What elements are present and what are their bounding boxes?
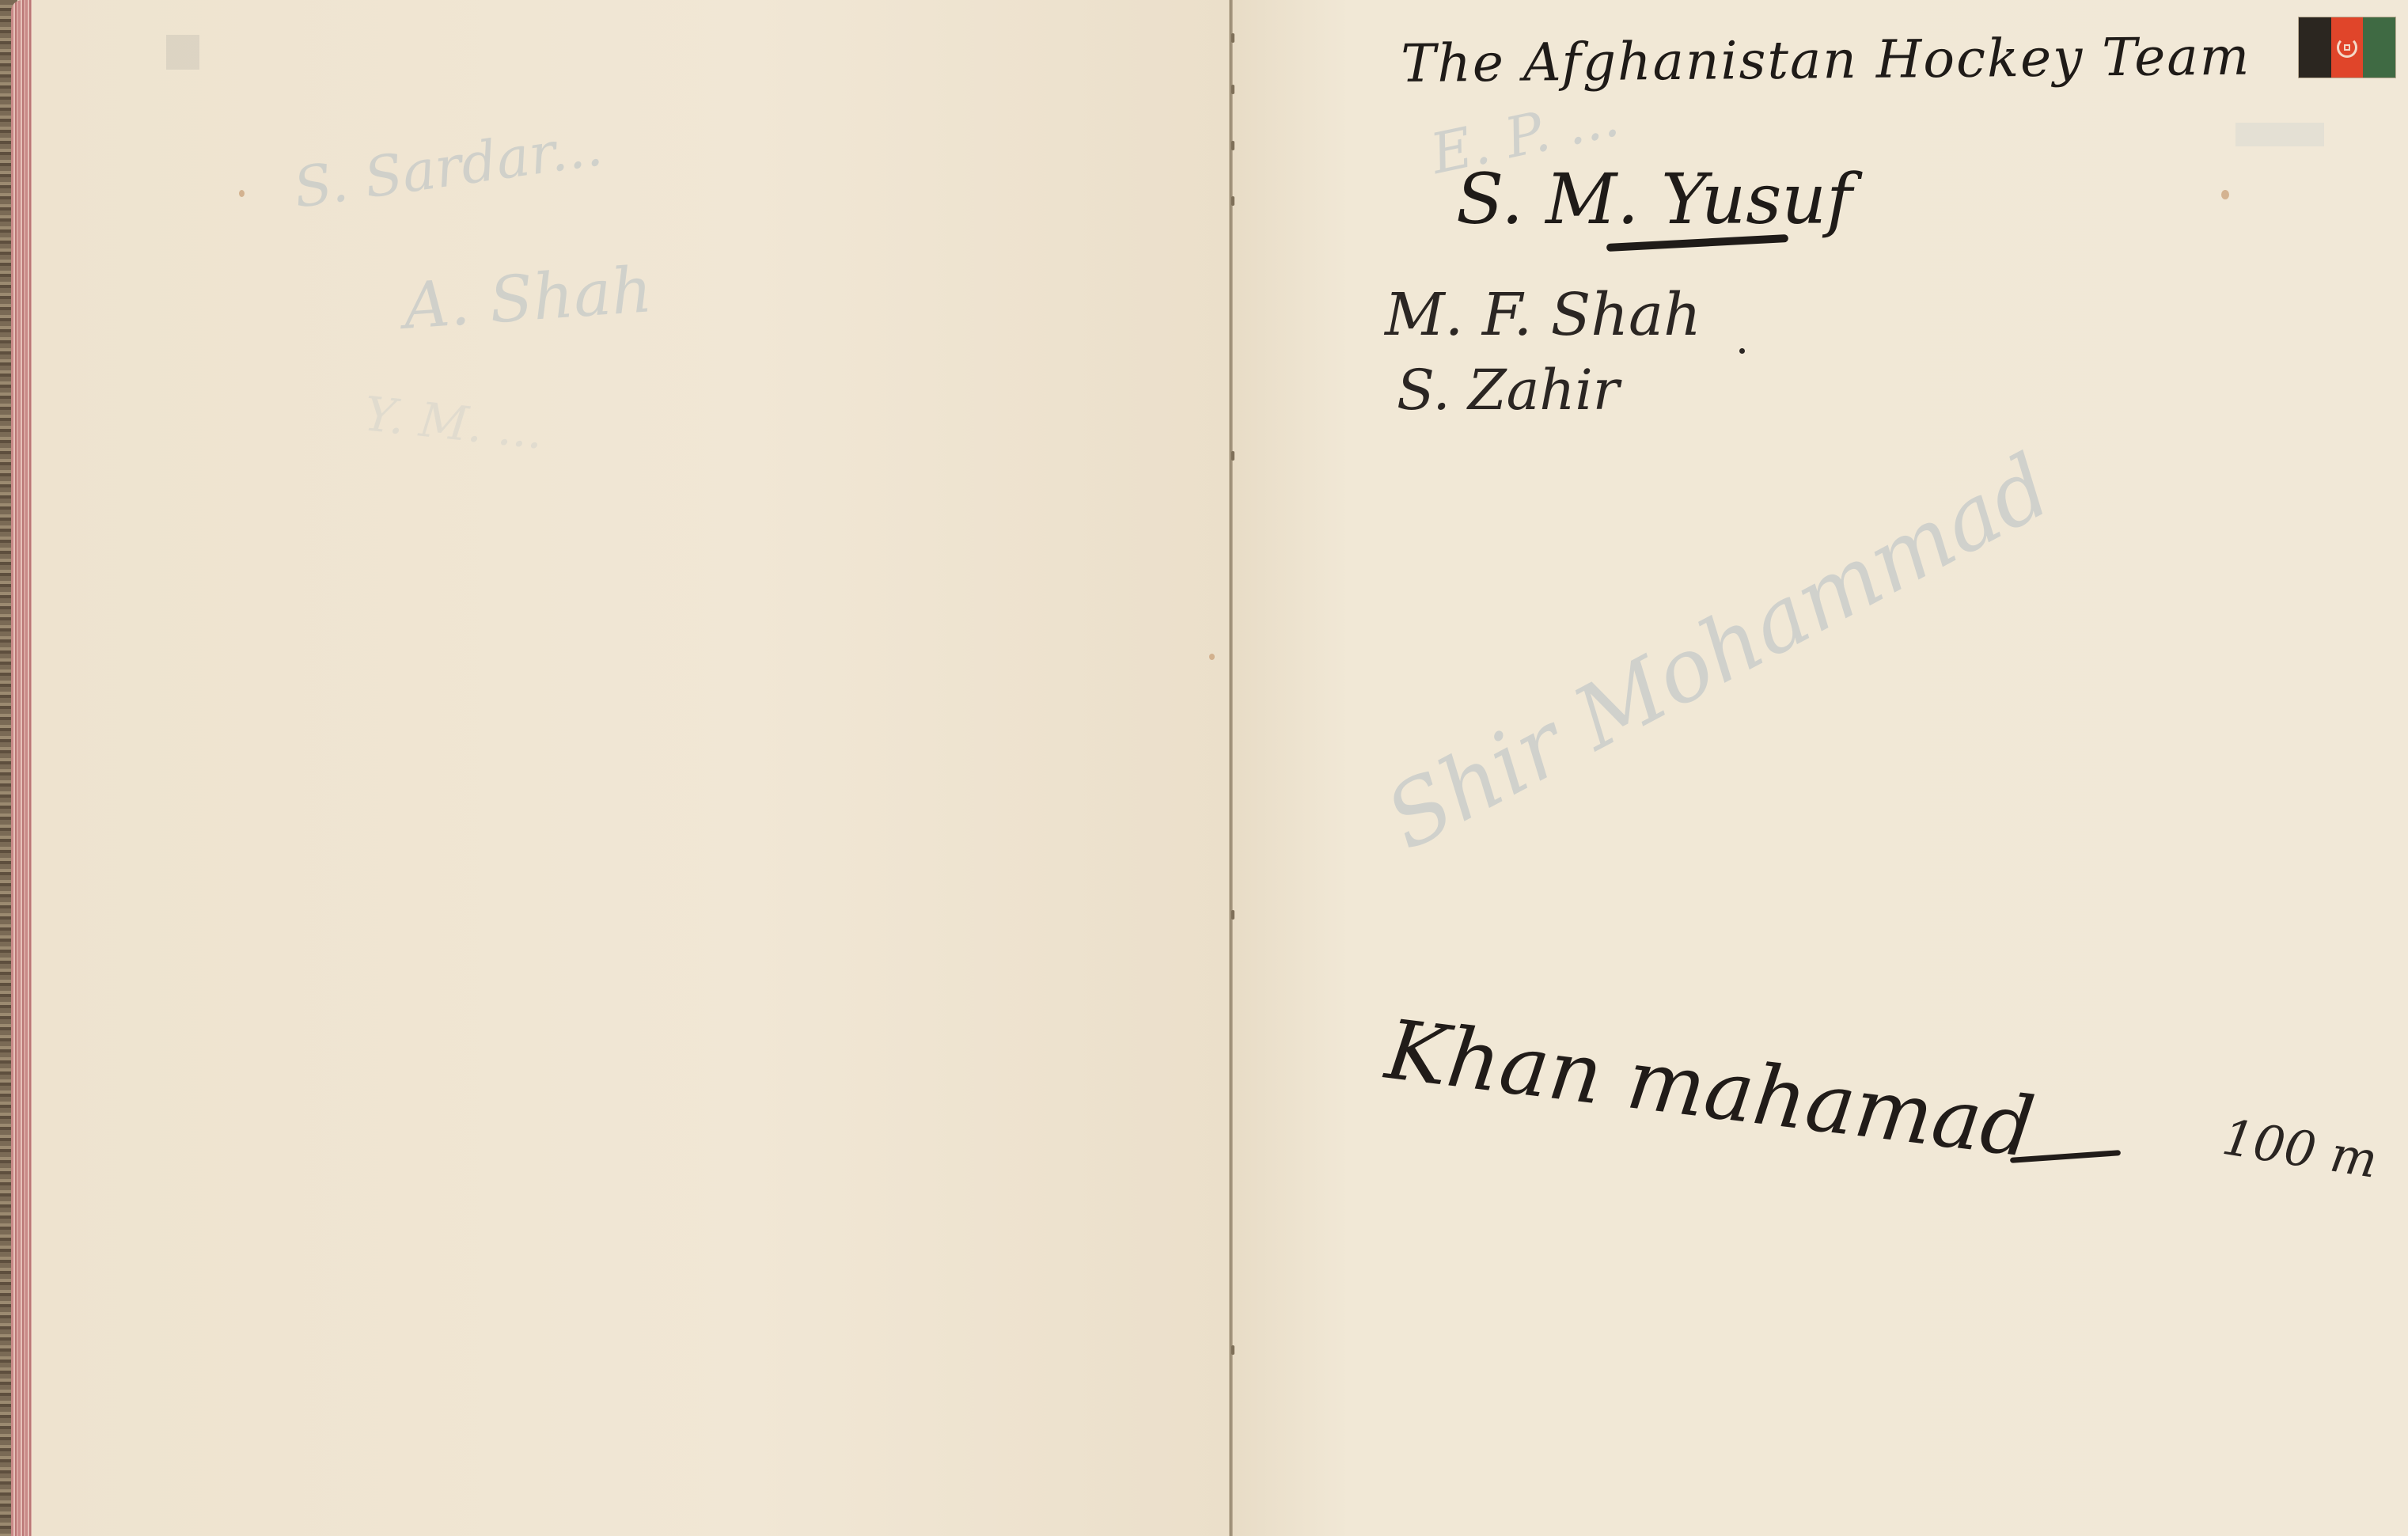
flag-stripe-black xyxy=(2299,17,2331,78)
foxing-spot xyxy=(1209,654,1215,660)
gutter xyxy=(1229,0,1233,1536)
foxing-spot xyxy=(2221,190,2229,199)
signature-yusuf: S. M. Yusuf xyxy=(1456,158,1852,240)
afghanistan-flag-icon xyxy=(2299,17,2395,78)
show-through-signature: Y. M. ... xyxy=(362,386,546,460)
show-through-signature: A. Shah xyxy=(401,252,654,343)
flag-emblem-icon xyxy=(2337,37,2357,58)
flag-stripe-green xyxy=(2363,17,2395,78)
show-through-signature: Shir Mohammad xyxy=(1370,434,2066,869)
binding-stitch xyxy=(1231,1345,1234,1355)
binding-stitch xyxy=(1231,196,1234,206)
ink-dot xyxy=(1739,348,1745,354)
foxing-spot xyxy=(239,190,245,197)
page-number-mark xyxy=(166,35,199,70)
binding-stitch xyxy=(1231,85,1234,94)
signature-zahir: S. Zahir xyxy=(1397,358,1619,423)
flag-stripe-red xyxy=(2331,17,2364,78)
show-through-signature: S. Sardar... xyxy=(290,113,606,221)
left-page: S. Sardar... A. Shah Y. M. ... xyxy=(32,0,1231,1536)
binding-stitch xyxy=(1231,33,1234,43)
binding-stitch xyxy=(1231,910,1234,920)
page-heading: The Afghanistan Hockey Team xyxy=(1401,26,2251,94)
signature-shah: M. F. Shah xyxy=(1385,281,1701,349)
show-through-mark xyxy=(2235,123,2324,146)
binding-stitch xyxy=(1231,141,1234,150)
binding-stitch xyxy=(1231,451,1234,461)
page-edges xyxy=(11,0,32,1536)
